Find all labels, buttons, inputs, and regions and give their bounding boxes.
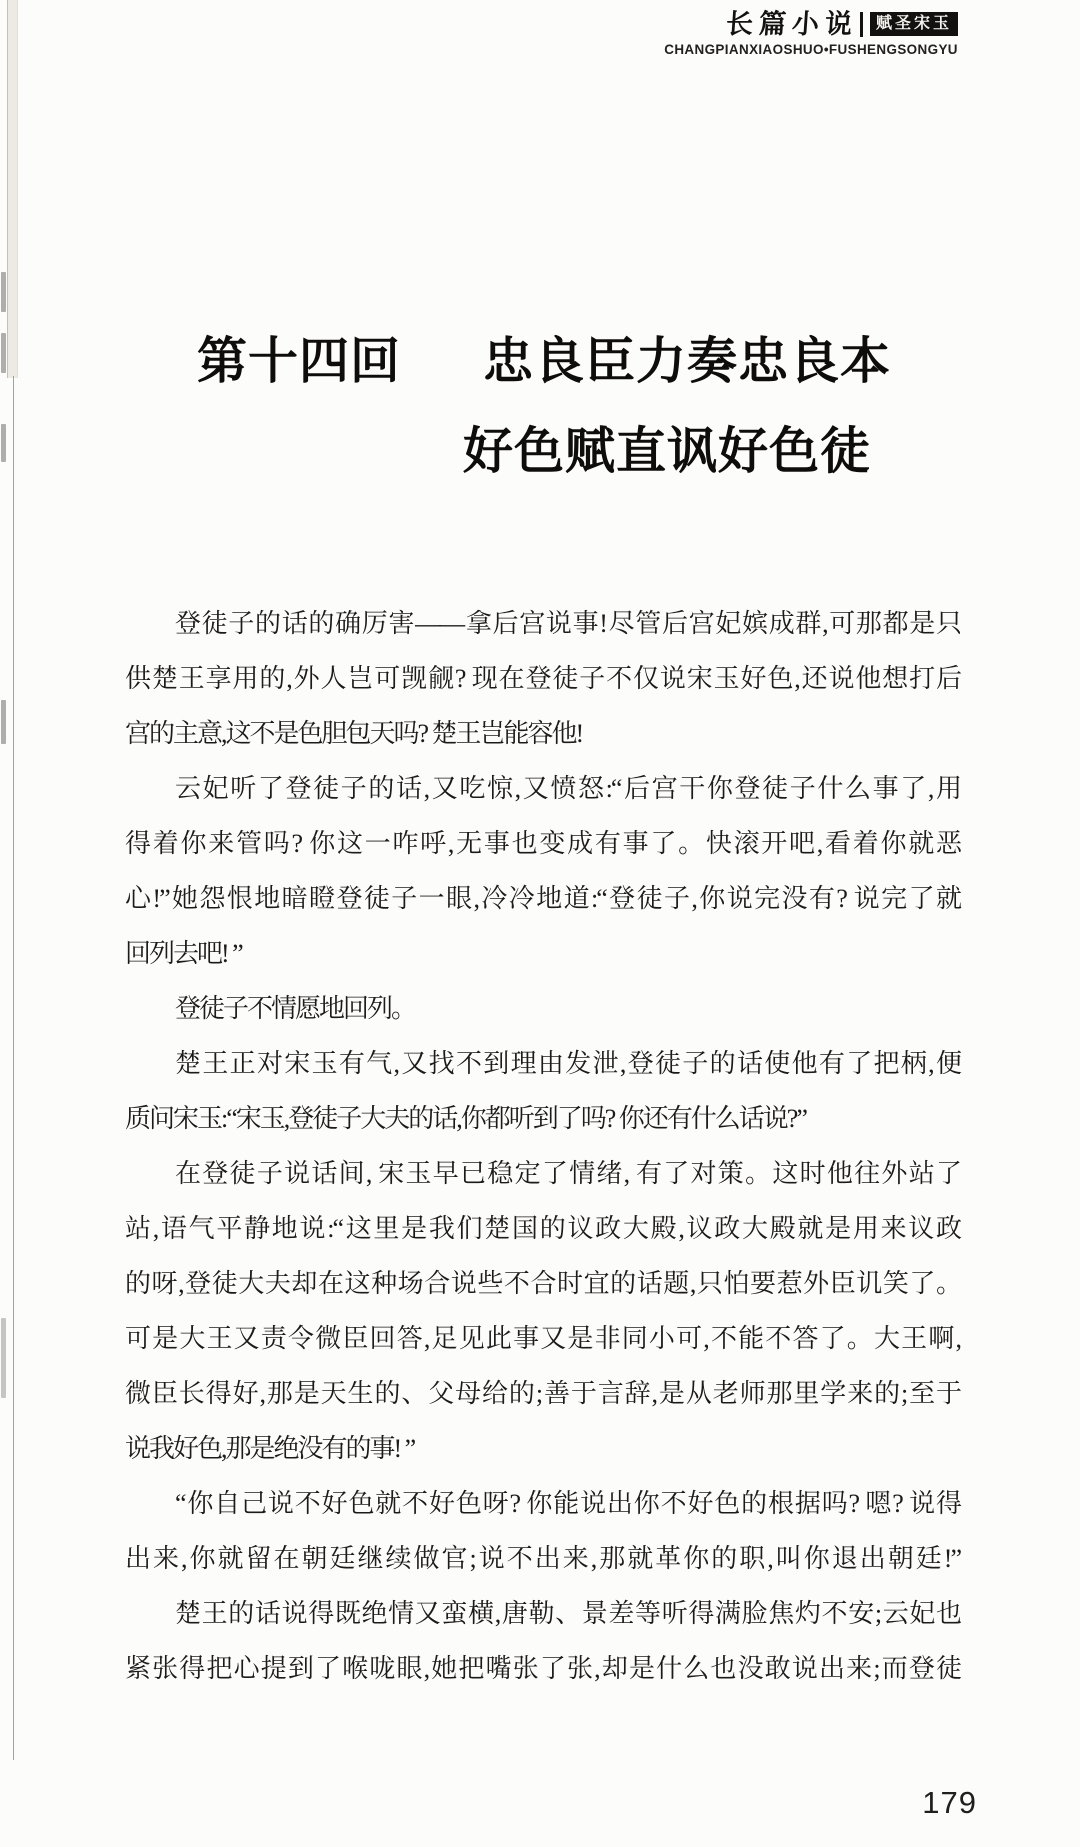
body-line: 回列去吧! ” <box>125 926 960 981</box>
body-line: 说我好色,那是绝没有的事! ” <box>125 1421 960 1476</box>
scan-mark <box>1 424 6 462</box>
header-divider <box>860 12 863 37</box>
scan-mark <box>1 1318 6 1398</box>
body-line: 可是大王又责令微臣回答,足见此事又是非同小可,不能不答了。大王啊, <box>125 1311 960 1366</box>
running-head-romanization: CHANGPIANXIAOSHUO•FUSHENGSONGYU <box>664 41 958 57</box>
page-edge-band <box>7 0 18 378</box>
body-line: 供楚王享用的,外人岂可觊觎? 现在登徒子不仅说宋玉好色,还说他想打后 <box>125 651 960 706</box>
body-line: 楚王的话说得既绝情又蛮横,唐勒、景差等听得满脸焦灼不安;云妃也 <box>125 1586 960 1641</box>
body-line: 在登徒子说话间, 宋玉早已稳定了情绪, 有了对策。这时他往外站了 <box>125 1146 960 1201</box>
page-edge-hairline <box>13 376 14 1760</box>
body-line: 宫的主意,这不是色胆包天吗? 楚王岂能容他! <box>125 706 960 761</box>
body-line: 紧张得把心提到了喉咙眼,她把嘴张了张,却是什么也没敢说出来;而登徒 <box>125 1641 960 1696</box>
body-line: 站,语气平静地说:“这里是我们楚国的议政大殿,议政大殿就是用来议政 <box>125 1201 960 1256</box>
body-line: 登徒子的话的确厉害——拿后宫说事!尽管后宫妃嫔成群,可那都是只 <box>125 596 960 651</box>
body-line: 心!”她怨恨地暗瞪登徒子一眼,冷冷地道:“登徒子,你说完没有? 说完了就 <box>125 871 960 926</box>
body-line: 的呀,登徒大夫却在这种场合说些不合时宜的话题,只怕要惹外臣讥笑了。 <box>125 1256 960 1311</box>
series-title: 长篇小说 <box>725 10 859 38</box>
body-line: 出来,你就留在朝廷继续做官;说不出来,那就革你的职,叫你退出朝廷!” <box>125 1531 960 1586</box>
scan-mark <box>1 333 6 373</box>
body-line: 质问宋玉:“宋玉,登徒子大夫的话,你都听到了吗? 你还有什么话说?” <box>125 1091 960 1146</box>
scan-mark <box>1 700 6 744</box>
body-line: 微臣长得好,那是天生的、父母给的;善于言辞,是从老师那里学来的;至于 <box>125 1366 960 1421</box>
chapter-title-line1: 第十四回 忠良臣力奏忠良本 <box>197 331 891 391</box>
page-number: 179 <box>922 1785 977 1821</box>
chapter-number: 第十四回 <box>197 331 401 391</box>
body-text: 登徒子的话的确厉害——拿后宫说事!尽管后宫妃嫔成群,可那都是只 供楚王享用的,外… <box>125 596 960 1696</box>
book-title-badge: 赋圣宋玉 <box>870 12 958 36</box>
running-head: 长篇小说 赋圣宋玉 CHANGPIANXIAOSHUO•FUSHENGSONGY… <box>652 10 958 57</box>
book-page: 长篇小说 赋圣宋玉 CHANGPIANXIAOSHUO•FUSHENGSONGY… <box>0 0 1080 1847</box>
body-line: “你自己说不好色就不好色呀? 你能说出你不好色的根据吗? 嗯? 说得 <box>125 1476 960 1531</box>
scan-mark <box>1 272 6 312</box>
body-line: 登徒子不情愿地回列。 <box>125 981 960 1036</box>
body-line: 楚王正对宋玉有气,又找不到理由发泄,登徒子的话使他有了把柄,便 <box>125 1036 960 1091</box>
body-line: 云妃听了登徒子的话,又吃惊,又愤怒:“后宫干你登徒子什么事了,用 <box>125 761 960 816</box>
chapter-title-part1: 忠良臣力奏忠良本 <box>483 331 891 391</box>
body-line: 得着你来管吗? 你这一咋呼,无事也变成有事了。快滚开吧,看着你就恶 <box>125 816 960 871</box>
chapter-title-part2: 好色赋直讽好色徒 <box>463 421 871 481</box>
